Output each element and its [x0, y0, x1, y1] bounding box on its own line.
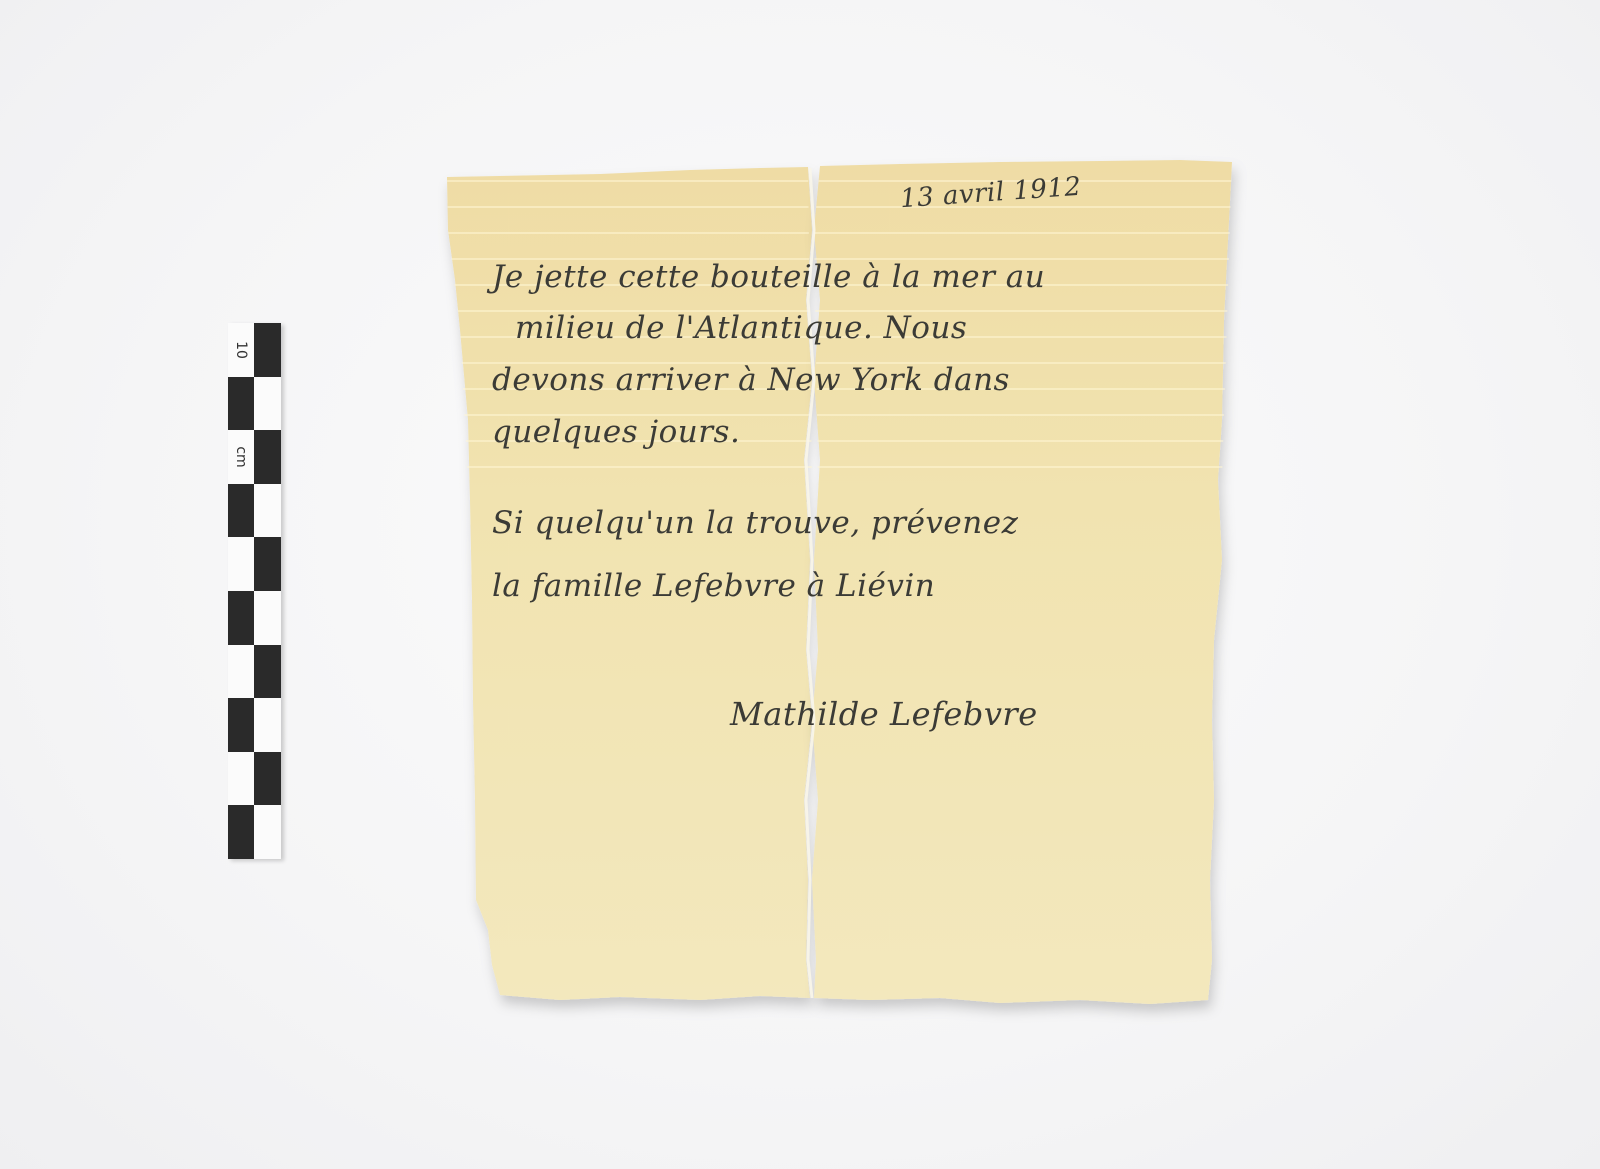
- letter-line: devons arriver à New York dans: [492, 362, 1010, 398]
- letter-line: Si quelqu'un la trouve, prévenez: [492, 505, 1018, 541]
- letter-line: milieu de l'Atlantique. Nous: [515, 310, 967, 346]
- letter-signature: Mathilde Lefebvre: [730, 695, 1038, 733]
- letter-paper: 13 avril 1912 Je jette cette bouteille à…: [0, 0, 1600, 1169]
- letter-line: quelques jours.: [492, 414, 740, 450]
- letter-line: Je jette cette bouteille à la mer au: [492, 259, 1045, 295]
- letter-line: la famille Lefebvre à Liévin: [492, 568, 935, 604]
